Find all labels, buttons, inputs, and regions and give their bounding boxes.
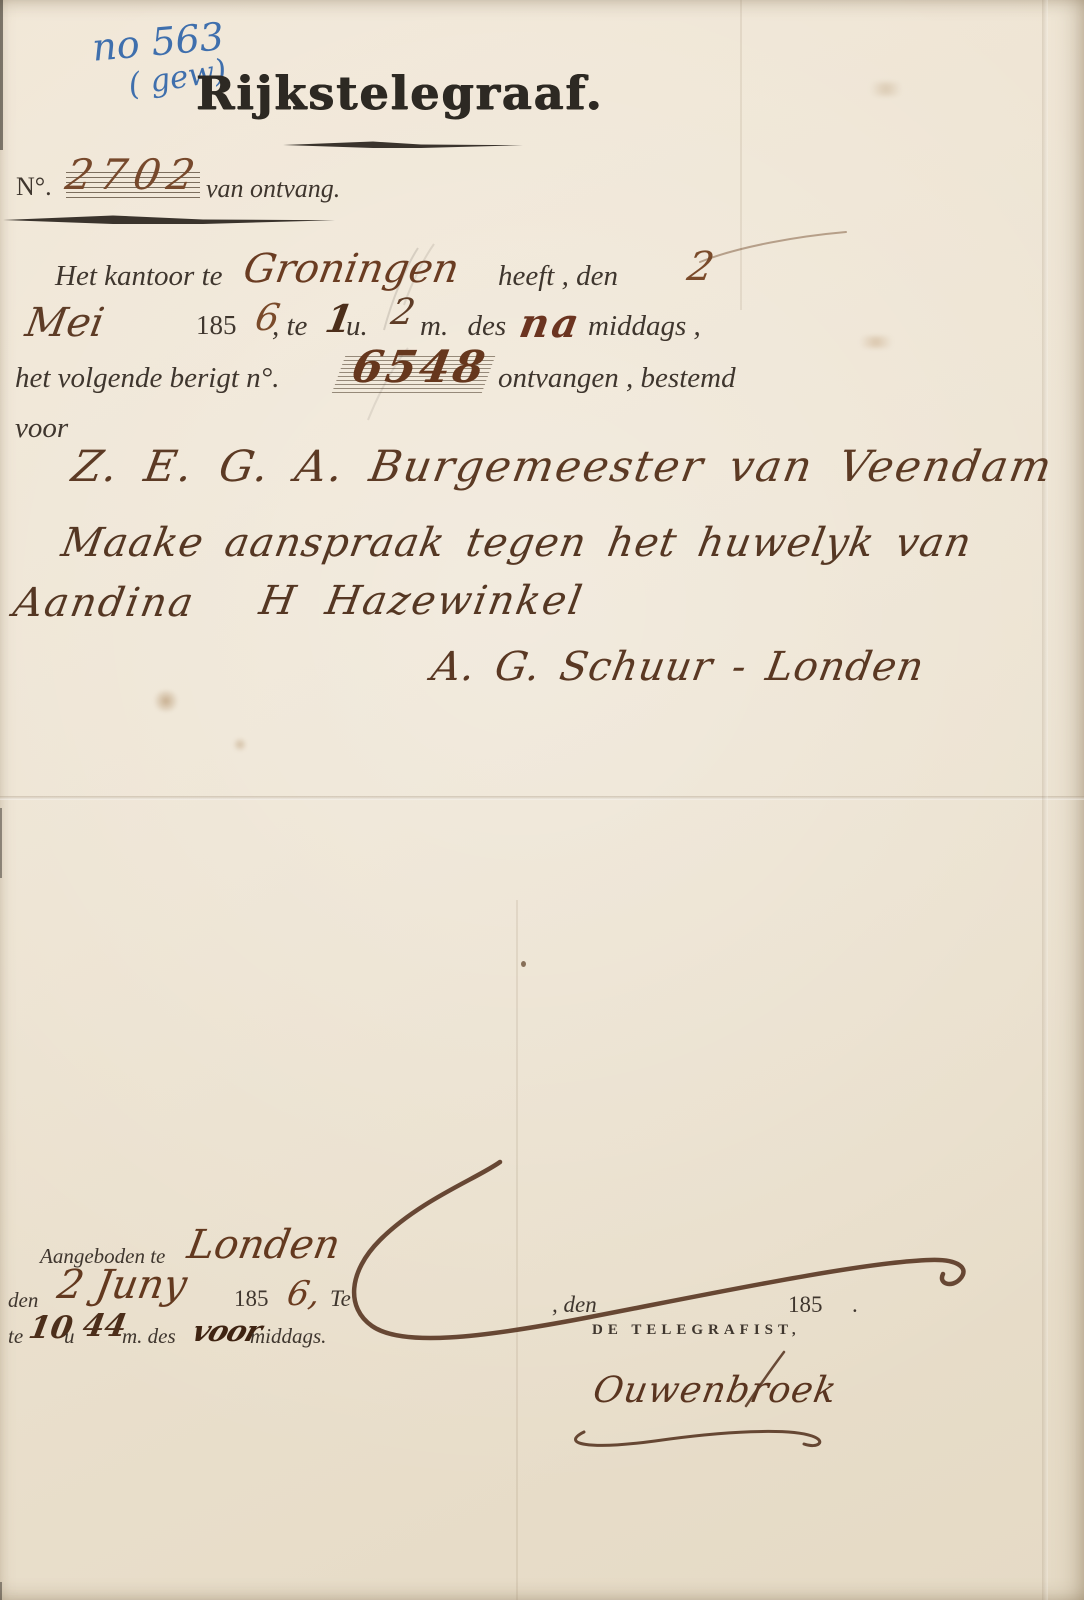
body-l2-year-printed: 185 bbox=[196, 310, 237, 341]
form-number-value: 2702 bbox=[62, 150, 206, 199]
footer-m-des-printed: m. des bbox=[122, 1324, 176, 1349]
footer-year2-printed: 185 bbox=[788, 1292, 823, 1318]
message-line1: Maake aanspraak tegen het huwelyk van bbox=[58, 520, 975, 566]
scan-edge-left-mid bbox=[0, 808, 2, 878]
footer-year-printed: 185 bbox=[234, 1286, 269, 1312]
telegrafist-signature: Ouwenbroek bbox=[590, 1370, 840, 1411]
body-l2-daypart-written: na bbox=[516, 300, 585, 347]
scan-edge-left-top bbox=[0, 0, 3, 150]
message-addressee: Z. E. G. A. Burgemeester van Veendam bbox=[68, 442, 1057, 492]
form-number-suffix: van ontvang. bbox=[206, 174, 340, 204]
footer-year-digit-written: 6, bbox=[284, 1274, 324, 1314]
footer-den2-printed: , den bbox=[552, 1292, 597, 1318]
fold-crease-vertical-center bbox=[516, 900, 518, 1600]
pencil-marks bbox=[0, 0, 1084, 1600]
ink-stain-left bbox=[152, 690, 180, 712]
body-l2-printed-te: , te bbox=[272, 310, 307, 343]
body-l1-office-written: Groningen bbox=[240, 246, 463, 292]
form-number-label: N°. bbox=[16, 172, 52, 202]
footer-time-te-printed: te bbox=[8, 1324, 23, 1349]
footer-te-printed: Te bbox=[330, 1286, 351, 1312]
body-l2-min-written: 2 bbox=[388, 292, 418, 333]
scan-edge-left-bottom bbox=[0, 1582, 2, 1600]
body-l3-printed-a: het volgende berigt n°. bbox=[15, 362, 279, 395]
message-sender: A. G. Schuur - Londen bbox=[428, 644, 928, 690]
ink-speck bbox=[521, 961, 526, 967]
signature-flourish bbox=[0, 0, 1084, 1600]
telegrafist-label: DE TELEGRAFIST, bbox=[592, 1322, 801, 1339]
message-line2-word3: Hazewinkel bbox=[322, 578, 587, 624]
message-line2-word1: Aandina bbox=[10, 580, 199, 626]
footer-u-printed: u bbox=[64, 1324, 75, 1349]
footer-middags-printed: middags. bbox=[250, 1324, 326, 1349]
title-rule bbox=[283, 140, 523, 150]
body-l3-printed-b: ontvangen , bestemd bbox=[498, 362, 736, 395]
body-l2-printed-u: u. bbox=[346, 310, 368, 343]
body-l2-printed-middags: middags , bbox=[588, 310, 701, 343]
footer-date-written: 2 Juny bbox=[54, 1262, 190, 1308]
message-line2-word2: H bbox=[256, 578, 299, 624]
footer-year2-period: . bbox=[852, 1292, 858, 1318]
form-title: Rijkstelegraaf. bbox=[185, 66, 615, 120]
body-l2-printed-m-des: m. des bbox=[420, 310, 506, 343]
paper-stain-right bbox=[855, 336, 897, 348]
body-l3-msg-number-written: 6548 bbox=[348, 342, 491, 393]
section-rule bbox=[3, 214, 335, 226]
body-l4-printed-voor: voor bbox=[15, 412, 68, 445]
document-scan: no 563 ( gew) Rijkstelegraaf. N°. 2702 v… bbox=[0, 0, 1084, 1600]
fold-crease-vertical-top bbox=[740, 0, 742, 310]
footer-offered-place-written: Londen bbox=[184, 1222, 344, 1268]
ink-stain-small bbox=[232, 738, 248, 751]
body-l1-printed-a: Het kantoor te bbox=[55, 260, 223, 293]
fold-crease-vertical-right bbox=[1042, 0, 1048, 1600]
body-l2-month-written: Mei bbox=[22, 300, 108, 346]
body-l1-printed-b: heeft , den bbox=[498, 260, 618, 293]
paper-stain-topright bbox=[866, 82, 906, 96]
fold-crease-horizontal bbox=[0, 796, 1084, 800]
body-l1-day-written: 2 bbox=[684, 244, 718, 290]
